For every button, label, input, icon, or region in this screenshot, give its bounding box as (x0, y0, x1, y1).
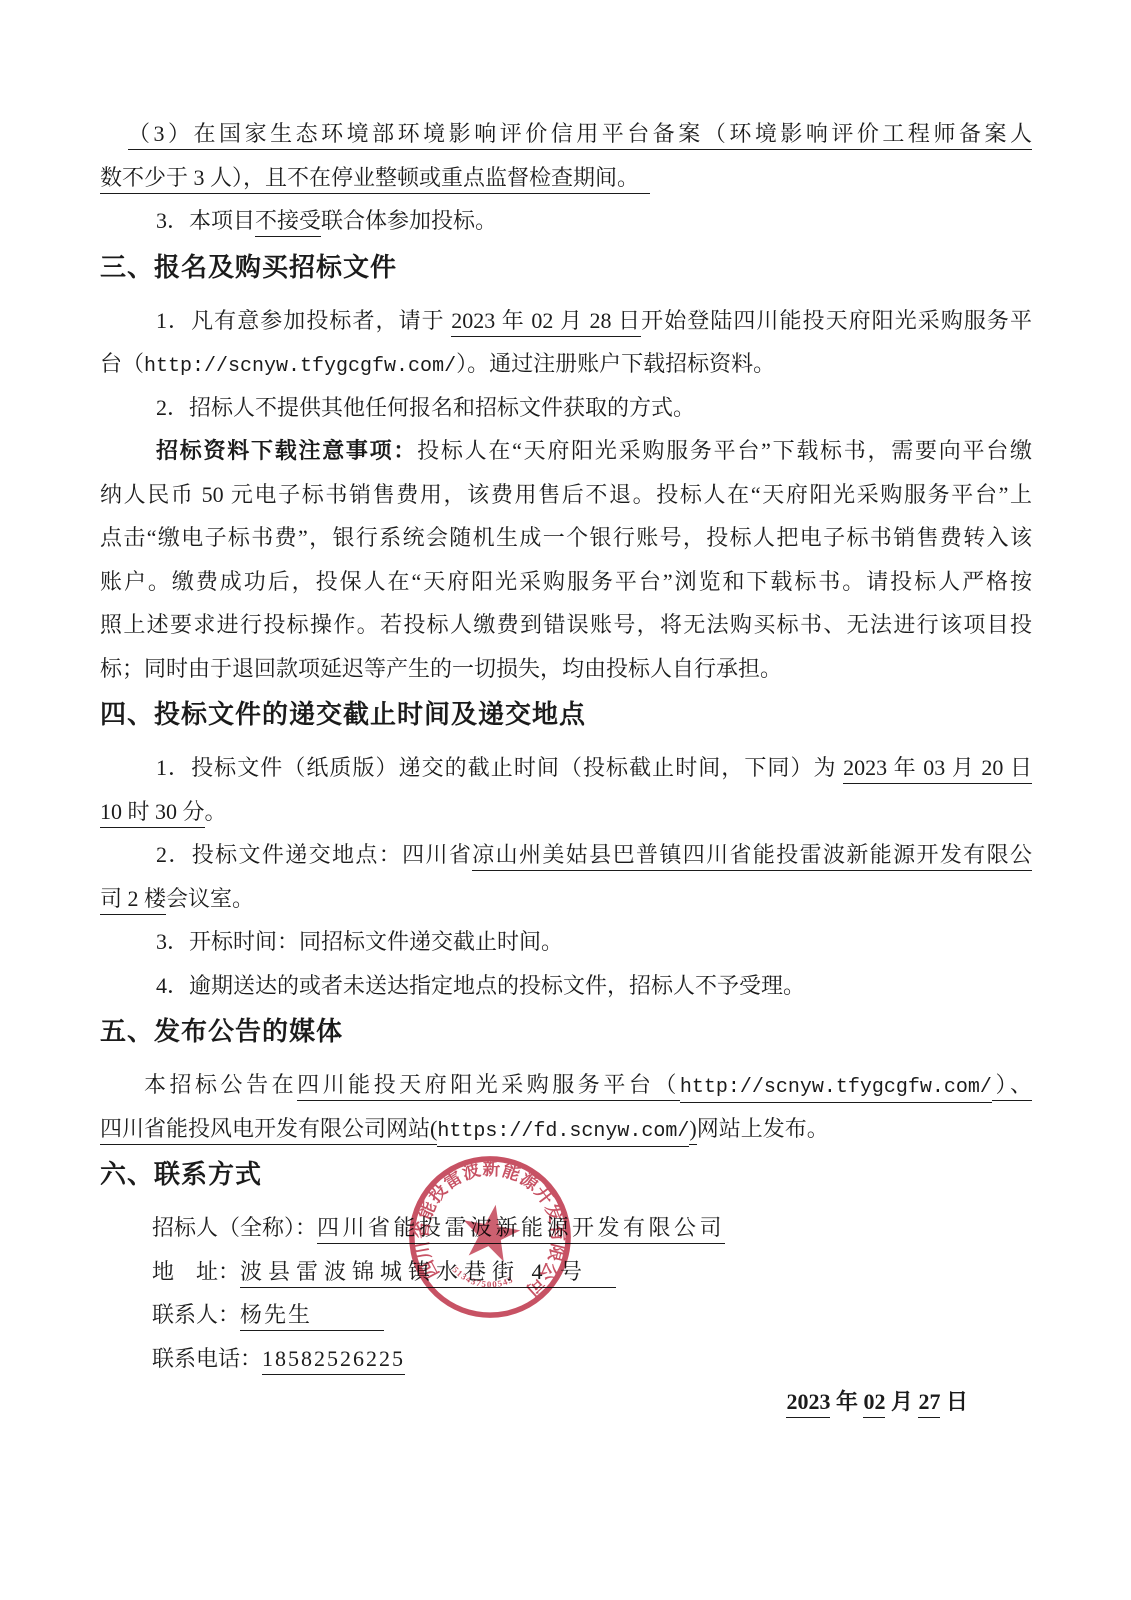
text-segment: ）。通过注册账户下载招标资料。 (456, 351, 775, 376)
text-segment: 27 (918, 1389, 940, 1418)
text-segment: 本招标公告在 (144, 1072, 297, 1097)
text-line: 招标人（全称）：四川省能投雷波新能源开发有限公司 (100, 1206, 1032, 1250)
section-heading: 五、发布公告的媒体 (100, 1007, 1032, 1063)
text-segment: ）、 (992, 1072, 1032, 1101)
text-line: 标；同时由于退回款项延迟等产生的一切损失，均由投标人自行承担。 (100, 647, 1032, 691)
text-line: 台（http://scnyw.tfygcgfw.com/）。通过注册账户下载招标… (100, 342, 1032, 386)
text-segment: 联系人： (152, 1302, 240, 1327)
text-segment: 开始登陆四川能投天府阳光采购服务平 (641, 308, 1032, 333)
text-line: 4．逾期送达的或者未送达指定地点的投标文件，招标人不予受理。 (100, 964, 1032, 1008)
text-segment: 纳人民币 50 元电子标书销售费用，该费用售后不退。投标人在“天府阳光采购服务平… (100, 482, 1032, 507)
text-segment: 18582526225 (262, 1346, 405, 1375)
text-segment: 投标人在“天府阳光采购服务平台”下载标书，需要向平台缴 (417, 438, 1032, 463)
text-segment: 四川省能投风电开发有限公司网站( (100, 1116, 437, 1145)
text-segment: 不接受 (255, 208, 321, 237)
text-segment: 日 (940, 1389, 968, 1414)
text-segment: 2023 年 03 月 20 日 (843, 755, 1032, 784)
text-line: 1．投标文件（纸质版）递交的截止时间（投标截止时间，下同）为 2023 年 03… (100, 746, 1032, 790)
text-line: 招标资料下载注意事项：投标人在“天府阳光采购服务平台”下载标书，需要向平台缴 (100, 429, 1032, 473)
document-date: 2023 年 02 月 27 日 (100, 1380, 1032, 1424)
text-line: 点击“缴电子标书费”，银行系统会随机生成一个银行账号，投标人把电子标书销售费转入… (100, 516, 1032, 560)
section-heading: 三、报名及购买招标文件 (100, 243, 1032, 299)
text-segment: 司 2 楼 (100, 886, 166, 915)
document-page: （3）在国家生态环境部环境影响评价信用平台备案（环境影响评价工程师备案人数不少于… (0, 0, 1131, 1600)
text-line: 照上述要求进行投标操作。若投标人缴费到错误账号，将无法购买标书、无法进行该项目投 (100, 603, 1032, 647)
text-line: 数不少于 3 人），且不在停业整顿或重点监督检查期间。 (100, 156, 1032, 200)
text-line: 10 时 30 分。 (100, 790, 1032, 834)
text-segment: 招标人（全称）： (152, 1215, 317, 1240)
text-line: 司 2 楼会议室。 (100, 877, 1032, 921)
text-segment: 标；同时由于退回款项延迟等产生的一切损失，均由投标人自行承担。 (100, 656, 782, 681)
url-text: http://scnyw.tfygcgfw.com/ (680, 1076, 992, 1103)
text-segment: 三、报名及购买招标文件 (100, 252, 397, 282)
text-segment: 台（ (100, 351, 144, 376)
text-line: 本招标公告在四川能投天府阳光采购服务平台（http://scnyw.tfygcg… (100, 1063, 1032, 1107)
text-segment: 3．开标时间：同招标文件递交截止时间。 (156, 929, 563, 954)
text-segment: 02 (863, 1389, 885, 1418)
text-line: 联系电话：18582526225 (100, 1337, 1032, 1381)
text-segment: 网站上发布。 (697, 1116, 829, 1141)
text-segment: 2．投标文件递交地点：四川省 (156, 842, 472, 867)
text-segment: 2023 年 02 月 28 日 (451, 308, 641, 337)
text-segment: 杨先生 (240, 1302, 384, 1331)
document-body: （3）在国家生态环境部环境影响评价信用平台备案（环境影响评价工程师备案人数不少于… (100, 112, 1032, 1424)
url-text: https://fd.scnyw.com/ (437, 1120, 689, 1147)
text-segment: 联系电话： (152, 1346, 262, 1371)
text-segment: 账户。缴费成功后，投保人在“天府阳光采购服务平台”浏览和下载标书。请投标人严格按 (100, 569, 1032, 594)
text-segment: 联合体参加投标。 (321, 208, 497, 233)
text-segment: 五、发布公告的媒体 (100, 1016, 343, 1046)
text-segment: 会议室。 (166, 886, 254, 911)
text-segment: 凉山州美姑县巴普镇四川省能投雷波新能源开发有限公 (472, 842, 1032, 871)
text-segment: 波县雷波锦城镇水巷街 4 号 (240, 1259, 616, 1288)
text-segment: 2023 (786, 1389, 830, 1418)
text-segment: 月 (885, 1389, 918, 1414)
text-segment: 地 址： (152, 1259, 240, 1284)
text-segment: 照上述要求进行投标操作。若投标人缴费到错误账号，将无法购买标书、无法进行该项目投 (100, 612, 1032, 637)
text-line: 1．凡有意参加投标者，请于 2023 年 02 月 28 日开始登陆四川能投天府… (100, 299, 1032, 343)
text-segment: 数不少于 3 人），且不在停业整顿或重点监督检查期间。 (100, 165, 650, 194)
text-segment: 3．本项目 (156, 208, 255, 233)
text-segment: 招标资料下载注意事项： (156, 438, 417, 463)
text-segment: 四、投标文件的递交截止时间及递交地点 (100, 699, 586, 729)
text-segment: 六、联系方式 (100, 1159, 262, 1189)
text-segment: 1．凡有意参加投标者，请于 (156, 308, 451, 333)
section-heading: 四、投标文件的递交截止时间及递交地点 (100, 690, 1032, 746)
text-line: 四川省能投风电开发有限公司网站(https://fd.scnyw.com/)网站… (100, 1107, 1032, 1151)
url-text: http://scnyw.tfygcgfw.com/ (144, 355, 456, 378)
text-segment: 。 (205, 799, 227, 824)
text-line: 账户。缴费成功后，投保人在“天府阳光采购服务平台”浏览和下载标书。请投标人严格按 (100, 560, 1032, 604)
text-line: 联系人：杨先生 (100, 1293, 1032, 1337)
text-segment: 2．招标人不提供其他任何报名和招标文件获取的方式。 (156, 395, 695, 420)
text-line: 2．招标人不提供其他任何报名和招标文件获取的方式。 (100, 386, 1032, 430)
text-line: （3）在国家生态环境部环境影响评价信用平台备案（环境影响评价工程师备案人 (100, 112, 1032, 156)
text-line: 3．本项目不接受联合体参加投标。 (100, 199, 1032, 243)
text-segment: 4．逾期送达的或者未送达指定地点的投标文件，招标人不予受理。 (156, 973, 805, 998)
section-heading: 六、联系方式 (100, 1150, 1032, 1206)
text-line: 地 址：波县雷波锦城镇水巷街 4 号 (100, 1250, 1032, 1294)
text-line: 3．开标时间：同招标文件递交截止时间。 (100, 920, 1032, 964)
text-segment: （3）在国家生态环境部环境影响评价信用平台备案（环境影响评价工程师备案人 (128, 121, 1032, 150)
text-segment: 1．投标文件（纸质版）递交的截止时间（投标截止时间，下同）为 (156, 755, 843, 780)
text-segment: 四川能投天府阳光采购服务平台（ (297, 1072, 680, 1101)
text-segment: ) (689, 1116, 696, 1145)
text-line: 纳人民币 50 元电子标书销售费用，该费用售后不退。投标人在“天府阳光采购服务平… (100, 473, 1032, 517)
text-segment: 10 时 30 分 (100, 799, 205, 828)
text-line: 2．投标文件递交地点：四川省凉山州美姑县巴普镇四川省能投雷波新能源开发有限公 (100, 833, 1032, 877)
text-segment: 年 (830, 1389, 863, 1414)
text-segment: 点击“缴电子标书费”，银行系统会随机生成一个银行账号，投标人把电子标书销售费转入… (100, 525, 1032, 550)
text-segment: 四川省能投雷波新能源开发有限公司 (317, 1215, 725, 1244)
